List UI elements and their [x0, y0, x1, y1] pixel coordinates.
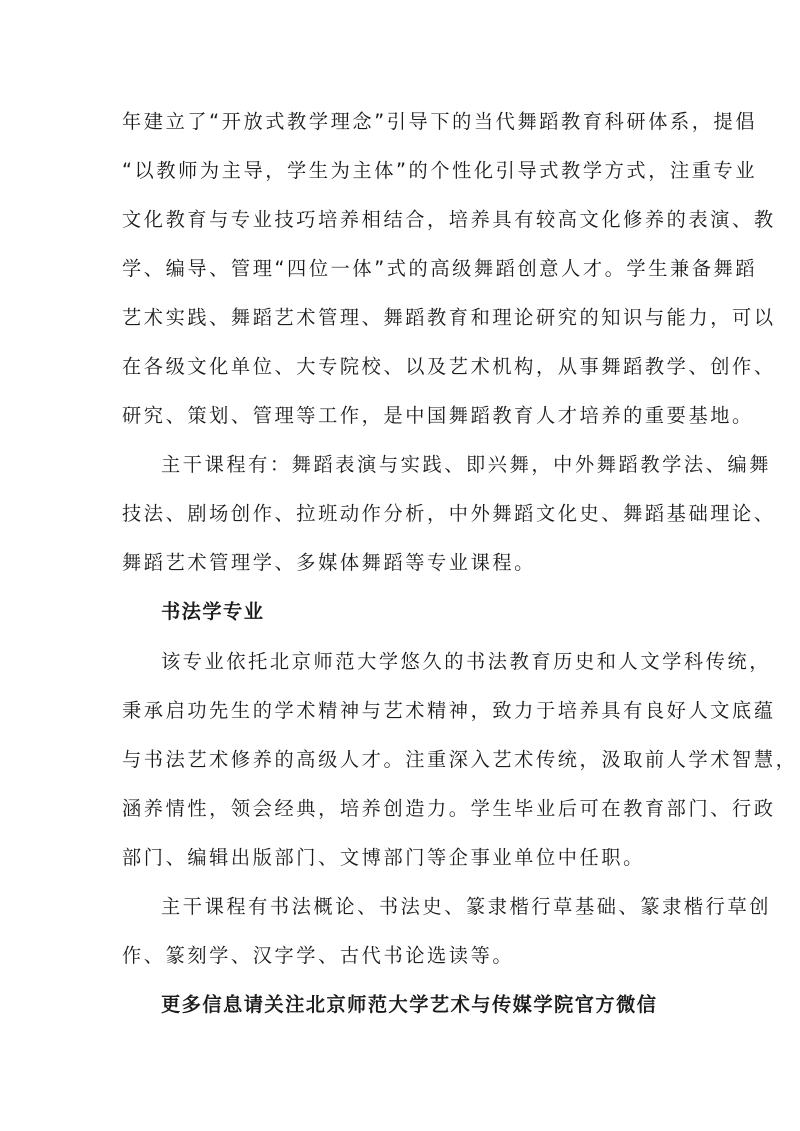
- text-line: 作、篆刻学、汉字学、古代书论选读等。: [122, 944, 682, 968]
- text-line: 文化教育与专业技巧培养相结合，培养具有较高文化修养的表演、教: [122, 208, 682, 232]
- text-line: 学、编导、管理“四位一体”式的高级舞蹈创意人才。学生兼备舞蹈: [122, 257, 682, 281]
- text-line: 主干课程有：舞蹈表演与实践、即兴舞，中外舞蹈教学法、编舞: [161, 453, 721, 477]
- text-line: 该专业依托北京师范大学悠久的书法教育历史和人文学科传统，: [161, 650, 721, 674]
- wechat-notice: 更多信息请关注北京师范大学艺术与传媒学院官方微信: [161, 993, 721, 1017]
- text-line: 部门、编辑出版部门、文博部门等企事业单位中任职。: [122, 846, 682, 870]
- text-line: 艺术实践、舞蹈艺术管理、舞蹈教育和理论研究的知识与能力，可以: [122, 306, 682, 330]
- text-line: 舞蹈艺术管理学、多媒体舞蹈等专业课程。: [122, 551, 682, 575]
- text-line: 涵养情性，领会经典，培养创造力。学生毕业后可在教育部门、行政: [122, 797, 682, 821]
- text-line: 年建立了“开放式教学理念”引导下的当代舞蹈教育科研体系，提倡: [122, 110, 682, 134]
- text-line: 与书法艺术修养的高级人才。注重深入艺术传统，汲取前人学术智慧，: [122, 748, 682, 772]
- text-line: 在各级文化单位、大专院校、以及艺术机构，从事舞蹈教学、创作、: [122, 355, 682, 379]
- text-line: 研究、策划、管理等工作，是中国舞蹈教育人才培养的重要基地。: [122, 404, 682, 428]
- text-line: 主干课程有书法概论、书法史、篆隶楷行草基础、篆隶楷行草创: [161, 895, 721, 919]
- text-line: “以教师为主导，学生为主体”的个性化引导式教学方式，注重专业: [122, 159, 682, 183]
- text-line: 秉承启功先生的学术精神与艺术精神，致力于培养具有良好人文底蕴: [122, 699, 682, 723]
- section-heading: 书法学专业: [161, 600, 721, 624]
- text-line: 技法、剧场创作、拉班动作分析，中外舞蹈文化史、舞蹈基础理论、: [122, 502, 682, 526]
